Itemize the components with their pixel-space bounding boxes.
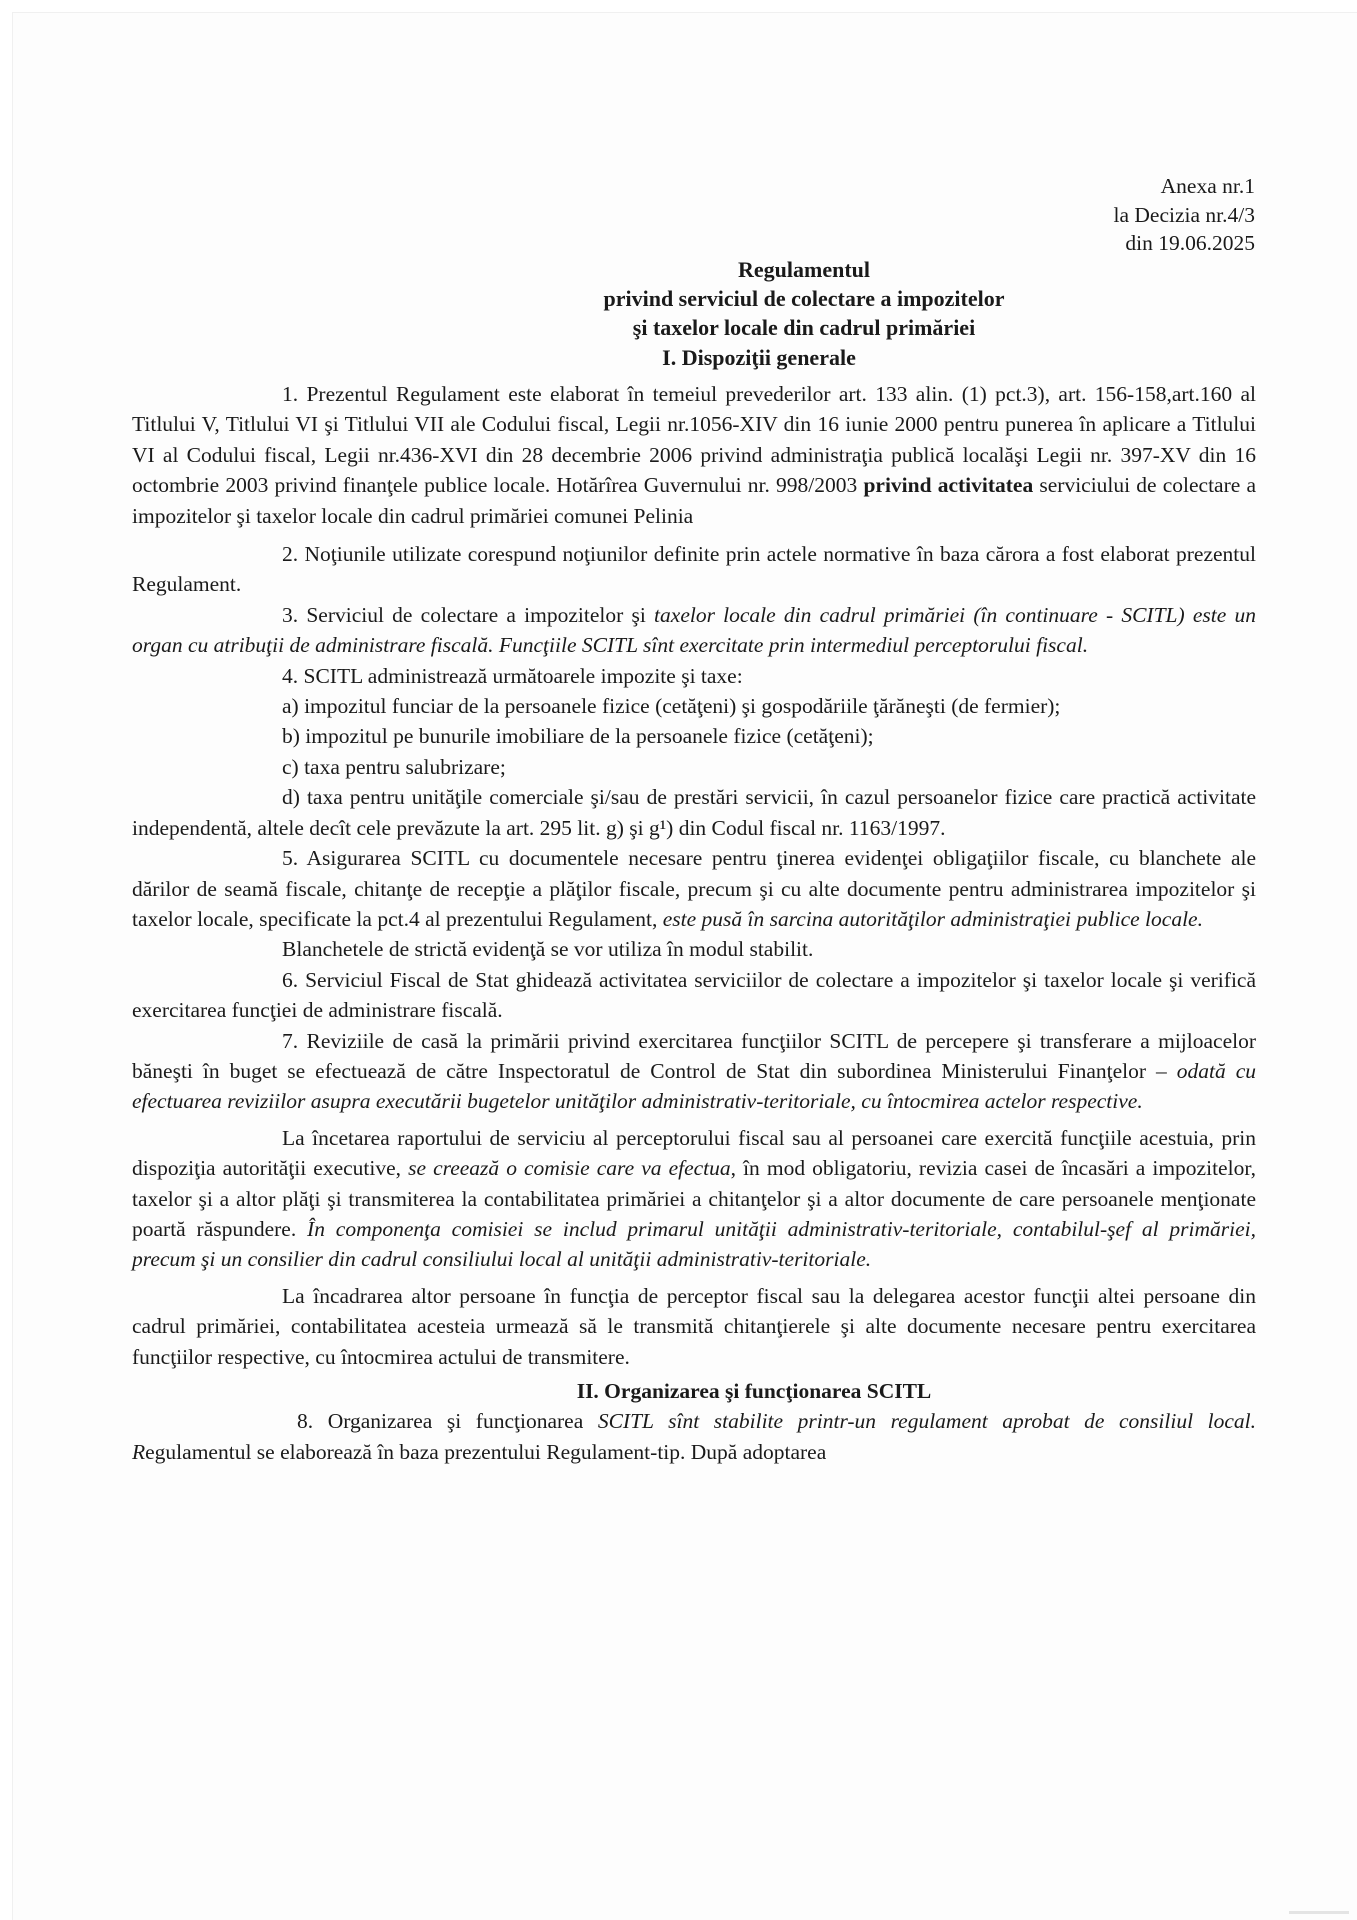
paragraph-1: 1. Prezentul Regulament este elaborat în… [132,379,1256,531]
decision-date: din 19.06.2025 [1075,229,1255,258]
paragraph-2: 2. Noţiunile utilizate corespund noţiuni… [132,539,1256,600]
title-line-2: privind serviciul de colectare a impozit… [132,284,1256,313]
list-item-a: a) impozitul funciar de la persoanele fi… [132,691,1256,721]
annex-reference: Anexa nr.1 la Decizia nr.4/3 din 19.06.2… [1075,172,1255,258]
section-heading-general-provisions: I. Dispoziţii generale [132,345,1256,371]
paragraph-8: 8. Organizarea şi funcţionarea SCITL sîn… [132,1406,1256,1467]
section-heading-organization: II. Organizarea şi funcţionarea SCITL [132,1376,1256,1406]
title-line-1: Regulamentul [132,255,1256,284]
list-item-d: d) taxa pentru unităţile comerciale şi/s… [132,782,1256,843]
title-line-3: şi taxelor locale din cadrul primăriei [132,313,1256,342]
list-item-c: c) taxa pentru salubrizare; [132,752,1256,782]
paragraph-6: 6. Serviciul Fiscal de Stat ghidează act… [132,965,1256,1026]
document-title: Regulamentul privind serviciul de colect… [132,255,1256,342]
scan-artifact [1289,1911,1349,1914]
decision-number: la Decizia nr.4/3 [1075,201,1255,230]
paragraph-7b: La încetarea raportului de serviciu al p… [132,1123,1256,1275]
annex-number: Anexa nr.1 [1075,172,1255,201]
document-body: 1. Prezentul Regulament este elaborat în… [132,379,1256,1467]
paragraph-5b: Blanchetele de strictă evidenţă se vor u… [132,934,1256,964]
list-item-b: b) impozitul pe bunurile imobiliare de l… [132,721,1256,751]
paragraph-5: 5. Asigurarea SCITL cu documentele neces… [132,843,1256,934]
paragraph-7c: La încadrarea altor persoane în funcţia … [132,1281,1256,1372]
paragraph-4-intro: 4. SCITL administrează următoarele impoz… [132,661,1256,691]
paragraph-7: 7. Reviziile de casă la primării privind… [132,1026,1256,1117]
bold-phrase: privind activitatea [863,473,1033,497]
paragraph-3: 3. Serviciul de colectare a impozitelor … [132,600,1256,661]
